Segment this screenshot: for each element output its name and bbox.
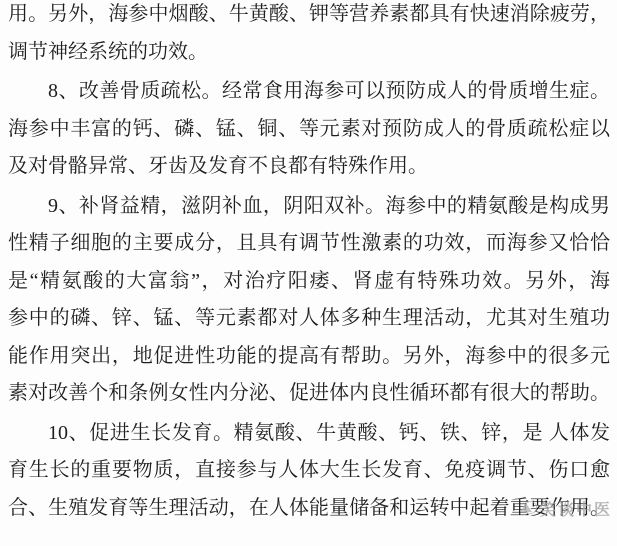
text-line: 性精子细胞的主要成分，且具有调节性激素的功效，而海参又恰恰 <box>8 225 610 263</box>
text-line: 合、生殖发育等生理活动，在人体能量储备和运转中起着重要作用。 <box>8 490 610 528</box>
text-line: 用。另外，海参中烟酸、牛黄酸、钾等营养素都具有快速消除疲劳， <box>8 0 610 34</box>
article-page: { "page": { "background_color": "#fdfdfd… <box>0 0 617 546</box>
text-line: 能作用突出，地促进性功能的提高有帮助。另外，海参中的很多元 <box>8 338 610 376</box>
paragraph: 8、改善骨质疏松。经常食用海参可以预防成人的骨质增生症。海参中丰富的钙、磷、锰、… <box>8 73 610 186</box>
text-line: 素对改善个和条例女性内分泌、促进体内良性循环都有很大的帮助。 <box>8 375 610 413</box>
text-line: 8、改善骨质疏松。经常食用海参可以预防成人的骨质增生症。 <box>8 73 610 111</box>
text-line: 调节神经系统的功效。 <box>8 34 610 72</box>
paragraph: 9、补肾益精，滋阴补血，阴阳双补。海参中的精氨酸是构成男性精子细胞的主要成分，且… <box>8 188 610 413</box>
text-line: 10、促进生长发育。精氨酸、牛黄酸、钙、铁、锌，是 人体发 <box>8 415 610 453</box>
article-text: 用。另外，海参中烟酸、牛黄酸、钾等营养素都具有快速消除疲劳，调节神经系统的功效。… <box>0 0 617 527</box>
paragraph: 用。另外，海参中烟酸、牛黄酸、钾等营养素都具有快速消除疲劳，调节神经系统的功效。 <box>8 0 610 71</box>
text-line: 是“精氨酸的大富翁”，对治疗阳痿、肾虚有特殊功效。另外，海 <box>8 263 610 301</box>
paragraph: 10、促进生长发育。精氨酸、牛黄酸、钙、铁、锌，是 人体发育生长的重要物质，直接… <box>8 415 610 528</box>
text-line: 及对骨骼异常、牙齿及发育不良都有特殊作用。 <box>8 148 610 186</box>
text-line: 9、补肾益精，滋阴补血，阴阳双补。海参中的精氨酸是构成男 <box>8 188 610 226</box>
text-line: 海参中丰富的钙、磷、锰、铜、等元素对预防成人的骨质疏松症以 <box>8 111 610 149</box>
text-line: 育生长的重要物质，直接参与人体大生长发育、免疫调节、伤口愈 <box>8 452 610 490</box>
text-line: 参中的磷、锌、锰、等元素都对人体多种生理活动，尤其对生殖功 <box>8 300 610 338</box>
